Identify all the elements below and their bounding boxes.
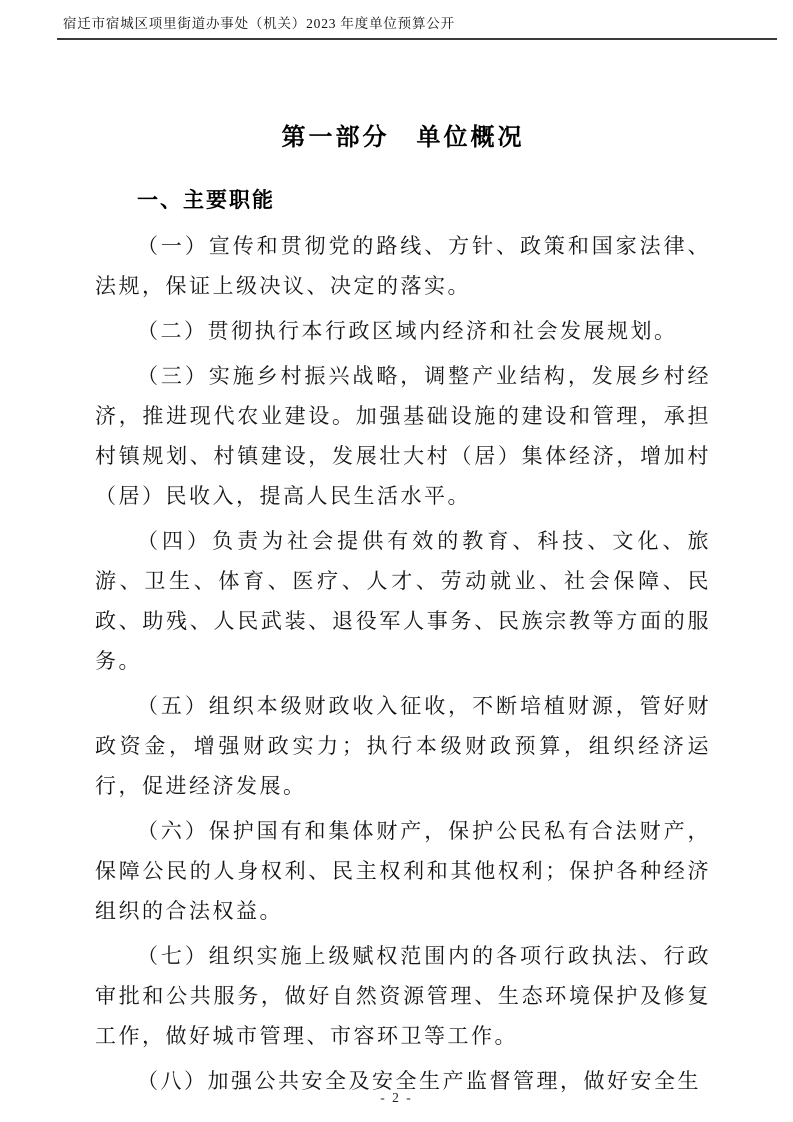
paragraph-2: （二）贯彻执行本行政区域内经济和社会发展规划。 — [95, 311, 711, 351]
paragraph-1: （一）宣传和贯彻党的路线、方针、政策和国家法律、法规，保证上级决议、决定的落实。 — [95, 226, 711, 306]
paragraph-7: （七）组织实施上级赋权范围内的各项行政执法、行政审批和公共服务，做好自然资源管理… — [95, 936, 711, 1056]
page-header: 宿迁市宿城区项里街道办事处（机关）2023 年度单位预算公开 — [57, 12, 777, 40]
document-body: 第一部分 单位概况 一、主要职能 （一）宣传和贯彻党的路线、方针、政策和国家法律… — [95, 118, 711, 1106]
paragraph-5: （五）组织本级财政收入征收，不断培植财源，管好财政资金，增强财政实力；执行本级财… — [95, 686, 711, 806]
paragraph-4: （四）负责为社会提供有效的教育、科技、文化、旅游、卫生、体育、医疗、人才、劳动就… — [95, 521, 711, 681]
section-heading-main-functions: 一、主要职能 — [95, 180, 711, 220]
paragraph-3: （三）实施乡村振兴战略，调整产业结构，发展乡村经济，推进现代农业建设。加强基础设… — [95, 356, 711, 516]
page-header-title: 宿迁市宿城区项里街道办事处（机关）2023 年度单位预算公开 — [63, 16, 455, 31]
document-title: 第一部分 单位概况 — [95, 118, 711, 158]
paragraph-6: （六）保护国有和集体财产，保护公民私有合法财产，保障公民的人身权利、民主权利和其… — [95, 811, 711, 931]
page-footer: - 2 - — [0, 1090, 793, 1106]
page-number: - 2 - — [380, 1090, 413, 1105]
document-page: 宿迁市宿城区项里街道办事处（机关）2023 年度单位预算公开 第一部分 单位概况… — [0, 0, 793, 1122]
